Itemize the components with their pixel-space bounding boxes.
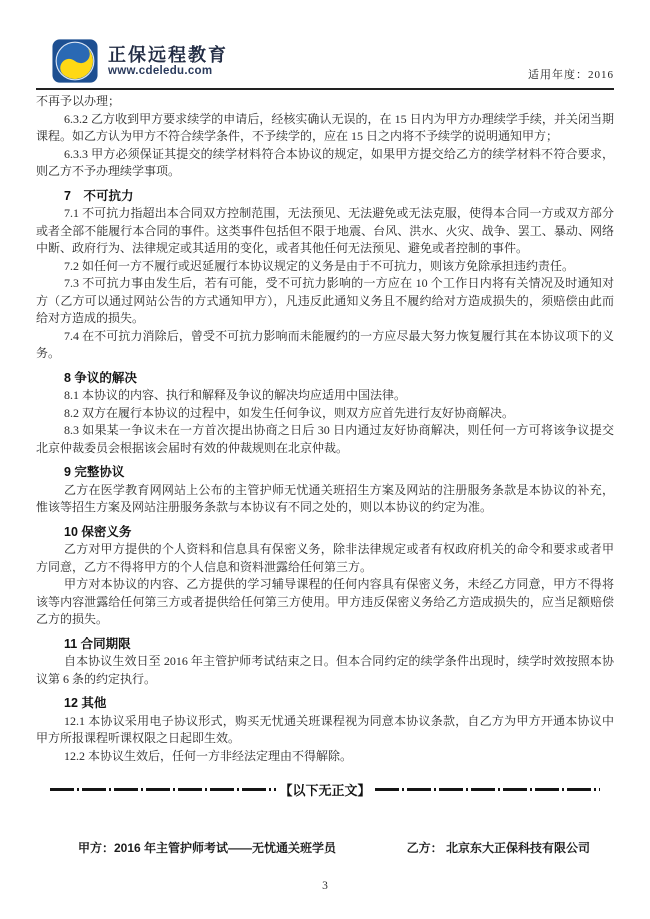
paragraph: 8.2 双方在履行本协议的过程中，如发生任何争议，则双方应首先进行友好协商解决。 (36, 405, 614, 423)
party-a-signature: 甲方：2016 年主管护师考试——无忧通关班学员 (78, 839, 336, 856)
party-b-signature: 乙方： 北京东大正保科技有限公司 (407, 839, 590, 856)
paragraph: 12.2 本协议生效后，任何一方非经法定理由不得解除。 (36, 748, 614, 766)
section-heading: 12 其他 (36, 695, 614, 713)
page-number: 3 (36, 880, 614, 892)
contract-page: 正保远程教育 www.cdeledu.com 适用年度：2016 不再予以办理；… (0, 0, 650, 919)
brand-name: 正保远程教育 (108, 45, 228, 66)
letterhead: 正保远程教育 www.cdeledu.com 适用年度：2016 (36, 38, 614, 90)
paragraph: 甲方对本协议的内容、乙方提供的学习辅导课程的任何内容具有保密义务，未经乙方同意，… (36, 576, 614, 629)
paragraph: 乙方对甲方提供的个人资料和信息具有保密义务，除非法律规定或者有权政府机关的命令和… (36, 541, 614, 576)
signature-row: 甲方：2016 年主管护师考试——无忧通关班学员 乙方： 北京东大正保科技有限公… (36, 839, 614, 856)
section-heading: 9 完整协议 (36, 464, 614, 482)
paragraph: 8.1 本协议的内容、执行和解释及争议的解决均应适用中国法律。 (36, 387, 614, 405)
paragraph: 乙方在医学教育网网站上公布的主管护师无忧通关班招生方案及网站的注册服务条款是本协… (36, 482, 614, 517)
section-heading: 11 合同期限 (36, 636, 614, 654)
applicable-year-label: 适用年度：2016 (528, 66, 614, 84)
paragraph: 6.3.2 乙方收到甲方要求续学的申请后，经核实确认无误的，在 15 日内为甲方… (36, 111, 614, 146)
paragraph: 7.3 不可抗力事由发生后，若有可能，受不可抗力影响的一方应在 10 个工作日内… (36, 275, 614, 328)
paragraph: 自本协议生效日至 2016 年主管护师考试结束之日。但本合同约定的续学条件出现时… (36, 653, 614, 688)
separator-dash-right (375, 788, 601, 791)
brand: 正保远程教育 www.cdeledu.com (36, 38, 228, 84)
section-heading: 10 保密义务 (36, 524, 614, 542)
paragraph: 7.4 在不可抗力消除后，曾受不可抗力影响而未能履约的一方应尽最大努力恢复履行其… (36, 328, 614, 363)
paragraph: 8.3 如果某一争议未在一方首次提出协商之日后 30 日内通过友好协商解决，则任… (36, 422, 614, 457)
brand-url: www.cdeledu.com (108, 65, 228, 77)
paragraph: 12.1 本协议采用电子协议形式，购买无忧通关班课程视为同意本协议条款，自乙方为… (36, 713, 614, 748)
separator-dash-left (50, 788, 276, 791)
paragraph: 7.2 如任何一方不履行或迟延履行本协议规定的义务是由于不可抗力，则该方免除承担… (36, 258, 614, 276)
paragraph: 7.1 不可抗力指超出本合同双方控制范围，无法预见、无法避免或无法克服，使得本合… (36, 205, 614, 258)
section-heading: 8 争议的解决 (36, 370, 614, 388)
contract-body: 不再予以办理；6.3.2 乙方收到甲方要求续学的申请后，经核实确认无误的，在 1… (36, 93, 614, 765)
paragraph: 6.3.3 甲方必须保证其提交的续学材料符合本协议的规定，如果甲方提交给乙方的续… (36, 146, 614, 181)
section-heading: 7 不可抗力 (36, 188, 614, 206)
end-of-text-separator: 【以下无正文】 (36, 780, 614, 799)
separator-label: 【以下无正文】 (276, 780, 375, 799)
paragraph: 不再予以办理； (36, 93, 614, 111)
brand-text: 正保远程教育 www.cdeledu.com (108, 45, 228, 78)
brand-logo-swirl-icon (50, 38, 100, 84)
